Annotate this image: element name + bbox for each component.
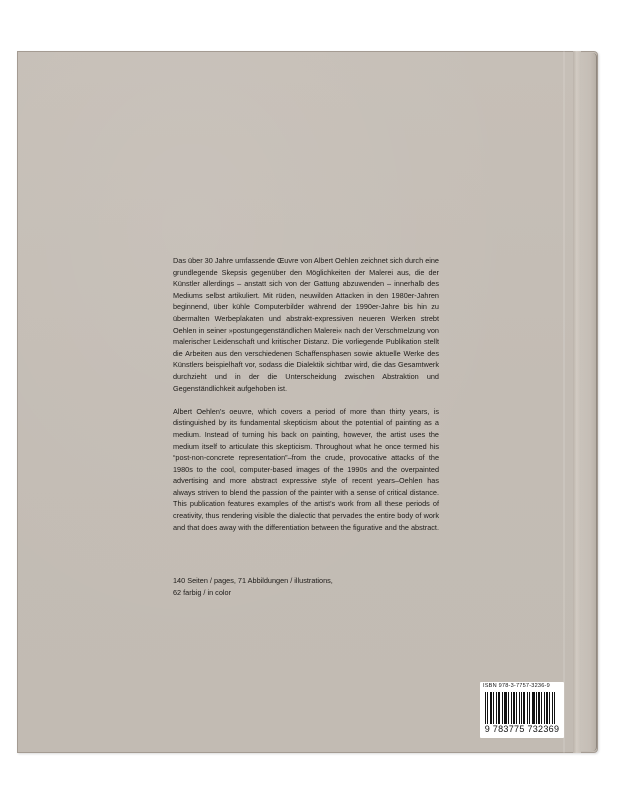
page-count-line-1: 140 Seiten / pages, 71 Abbildungen / ill…: [173, 575, 439, 587]
english-blurb-paragraph: Albert Oehlen’s oeuvre, which covers a p…: [173, 406, 439, 534]
page-count-info: 140 Seiten / pages, 71 Abbildungen / ill…: [173, 575, 439, 598]
isbn-label: ISBN 978-3-7757-3236-9: [483, 683, 550, 689]
german-blurb-paragraph: Das über 30 Jahre umfassende Œuvre von A…: [173, 255, 439, 394]
book-spine-edge: [581, 53, 597, 751]
page-count-line-2: 62 farbig / in color: [173, 587, 439, 599]
barcode-bars-icon: [485, 692, 559, 724]
barcode-digits: 9 783775 732369: [480, 724, 564, 734]
spine-highlight: [563, 51, 565, 753]
blurb-text-block: Das über 30 Jahre umfassende Œuvre von A…: [173, 255, 439, 545]
spine-hinge-groove: [573, 51, 581, 753]
isbn-barcode: ISBN 978-3-7757-3236-9 9 783775 732369: [480, 682, 564, 738]
